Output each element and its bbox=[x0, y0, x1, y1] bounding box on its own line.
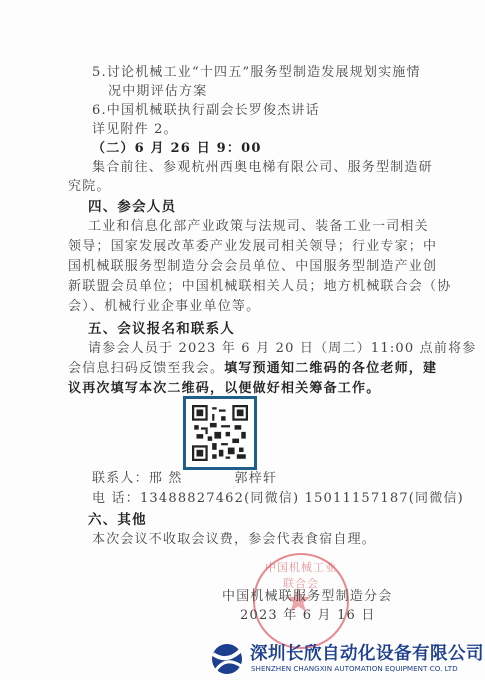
section-4-line: 工业和信息化部产业政策与法规司、装备工业一司相关 bbox=[88, 218, 429, 236]
section-6-title: 六、其他 bbox=[88, 511, 147, 529]
signature-org: 中国机械联服务型制造分会 bbox=[222, 588, 392, 606]
section-6-text: 本次会议不收取会议费，参会代表食宿自理。 bbox=[92, 531, 376, 549]
signature-date: 2023 年 6 月 16 日 bbox=[240, 607, 376, 625]
section-5-line-1: 请参会人员于 2023 年 6 月 20 日（周二）11:00 点前将参 bbox=[88, 340, 477, 358]
section-5-title: 五、会议报名和联系人 bbox=[88, 320, 235, 338]
visit-line-1: 集合前往、参观杭州西奥电梯有限公司、服务型制造研 bbox=[92, 159, 433, 177]
agenda-item-5-cont: 况中期评估方案 bbox=[108, 83, 207, 101]
section-4-line: 新联盟会员单位；中国机械联相关人员；地方机械联合会（协 bbox=[68, 278, 451, 296]
section-5-line-2: 会信息扫码反馈至我会。填写预通知二维码的各位老师，建 bbox=[68, 360, 437, 378]
qr-code[interactable] bbox=[183, 396, 257, 470]
subsection-two: （二）6 月 26 日 9：00 bbox=[92, 140, 262, 158]
phone-2: 15011157187(同微信) bbox=[305, 491, 464, 506]
section-5-line-2-normal: 会信息扫码反馈至我会。 bbox=[68, 361, 224, 376]
section-4-line: 国机械联服务型制造分会会员单位、中国服务型制造产业创 bbox=[68, 258, 437, 276]
contact-name-1: 邢 然 bbox=[149, 471, 183, 486]
document-page: 5.讨论机械工业“十四五”服务型制造发展规划实施情 况中期评估方案 6.中国机械… bbox=[0, 0, 485, 680]
section-4-line: 领导；国家发展改革委产业发展司相关领导；行业专家；中 bbox=[68, 238, 437, 256]
section-4-line: 会）、机械行业企事业单位等。 bbox=[68, 298, 260, 316]
company-name-cn: 深圳长欣自动化设备有限公司 bbox=[250, 640, 484, 665]
see-attachment: 详见附件 2。 bbox=[92, 121, 178, 139]
section-4-title: 四、参会人员 bbox=[88, 198, 176, 216]
agenda-item-6: 6.中国机械联执行副会长罗俊杰讲话 bbox=[92, 102, 320, 120]
agenda-item-5: 5.讨论机械工业“十四五”服务型制造发展规划实施情 bbox=[92, 64, 421, 82]
contact-label: 联系人： bbox=[92, 471, 149, 486]
contact-name-2: 郭梓轩 bbox=[235, 471, 278, 486]
company-logo-icon bbox=[210, 642, 244, 676]
phone-1: 13488827462(同微信) bbox=[140, 491, 299, 506]
phone-row: 电 话：13488827462(同微信) 15011157187(同微信) bbox=[92, 490, 464, 508]
visit-line-2: 究院。 bbox=[68, 178, 111, 196]
phone-label: 电 话： bbox=[92, 491, 140, 506]
qr-code-icon bbox=[192, 405, 248, 461]
section-5-line-2-bold: 填写预通知二维码的各位老师，建 bbox=[224, 361, 437, 376]
company-name-en: SHENZHEN CHANGXIN AUTOMATION EQUIPMENT C… bbox=[251, 664, 458, 673]
contact-row: 联系人：邢 然郭梓轩 bbox=[92, 470, 277, 488]
company-watermark: 深圳长欣自动化设备有限公司 SHENZHEN CHANGXIN AUTOMATI… bbox=[210, 638, 485, 680]
